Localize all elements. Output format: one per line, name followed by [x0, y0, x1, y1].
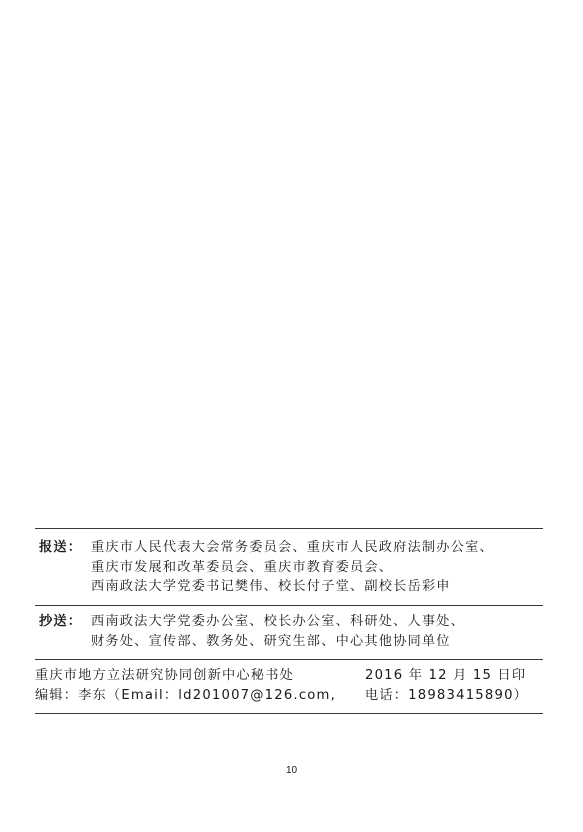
copy-to-line-1: 西南政法大学党委办公室、校长办公室、科研处、人事处、 [91, 612, 465, 632]
issuer-info-section: 重庆市地方立法研究协同创新中心秘书处 2016 年 12 月 15 日印 编辑：… [35, 660, 543, 713]
print-date: 2016 年 12 月 15 日印 [365, 666, 526, 686]
phone-contact: 电话：18983415890） [365, 686, 528, 706]
report-to-line-1: 重庆市人民代表大会常务委员会、重庆市人民政府法制办公室、 [91, 538, 494, 558]
report-to-line-3: 西南政法大学党委书记樊伟、校长付子堂、副校长岳彩申 [91, 577, 451, 597]
copy-to-line-2: 财务处、宣传部、教务处、研究生部、中心其他协同单位 [91, 632, 451, 652]
distribution-footer: 报送： 重庆市人民代表大会常务委员会、重庆市人民政府法制办公室、 重庆市发展和改… [35, 528, 543, 714]
report-to-label: 报送： [35, 538, 91, 558]
page-number: 10 [0, 765, 583, 776]
editor-contact: 编辑：李东（Email：ld201007@126.com, [35, 686, 365, 706]
divider-bottom [35, 713, 543, 714]
issuer-name: 重庆市地方立法研究协同创新中心秘书处 [35, 666, 365, 686]
report-to-line-2: 重庆市发展和改革委员会、重庆市教育委员会、 [91, 558, 393, 578]
report-to-section: 报送： 重庆市人民代表大会常务委员会、重庆市人民政府法制办公室、 重庆市发展和改… [35, 529, 543, 605]
copy-to-section: 抄送： 西南政法大学党委办公室、校长办公室、科研处、人事处、 财务处、宣传部、教… [35, 606, 543, 659]
copy-to-label: 抄送： [35, 612, 91, 632]
